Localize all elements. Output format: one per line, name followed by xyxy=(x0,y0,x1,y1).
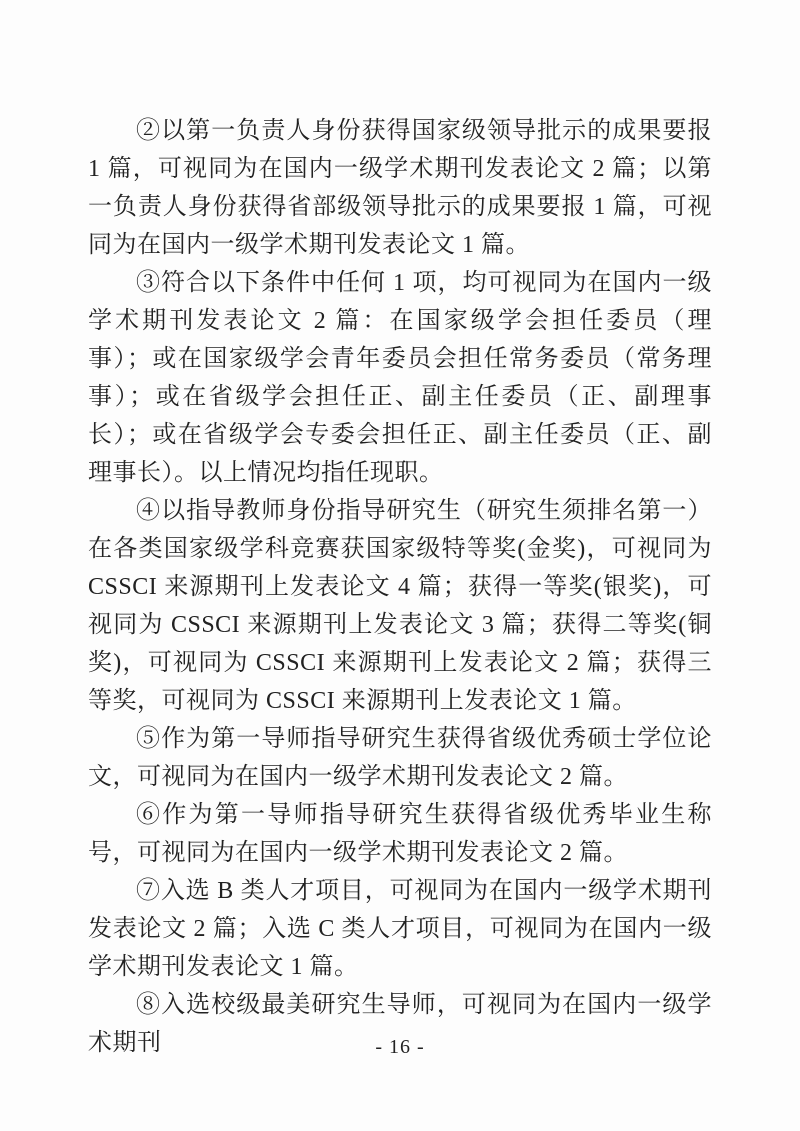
paragraph-item-2: ②以第一负责人身份获得国家级领导批示的成果要报 1 篇，可视同为在国内一级学术期… xyxy=(88,112,712,264)
paragraph-item-6: ⑥作为第一导师指导研究生获得省级优秀毕业生称号，可视同为在国内一级学术期刊发表论… xyxy=(88,796,712,872)
paragraph-item-7: ⑦入选 B 类人才项目，可视同为在国内一级学术期刊发表论文 2 篇；入选 C 类… xyxy=(88,872,712,986)
document-page: ②以第一负责人身份获得国家级领导批示的成果要报 1 篇，可视同为在国内一级学术期… xyxy=(0,0,800,1131)
page-number: - 16 - xyxy=(0,1036,800,1059)
paragraph-item-3: ③符合以下条件中任何 1 项，均可视同为在国内一级学术期刊发表论文 2 篇：在国… xyxy=(88,264,712,492)
paragraph-item-4: ④以指导教师身份指导研究生（研究生须排名第一）在各类国家级学科竞赛获国家级特等奖… xyxy=(88,492,712,720)
document-body: ②以第一负责人身份获得国家级领导批示的成果要报 1 篇，可视同为在国内一级学术期… xyxy=(88,112,712,1062)
paragraph-item-5: ⑤作为第一导师指导研究生获得省级优秀硕士学位论文，可视同为在国内一级学术期刊发表… xyxy=(88,720,712,796)
